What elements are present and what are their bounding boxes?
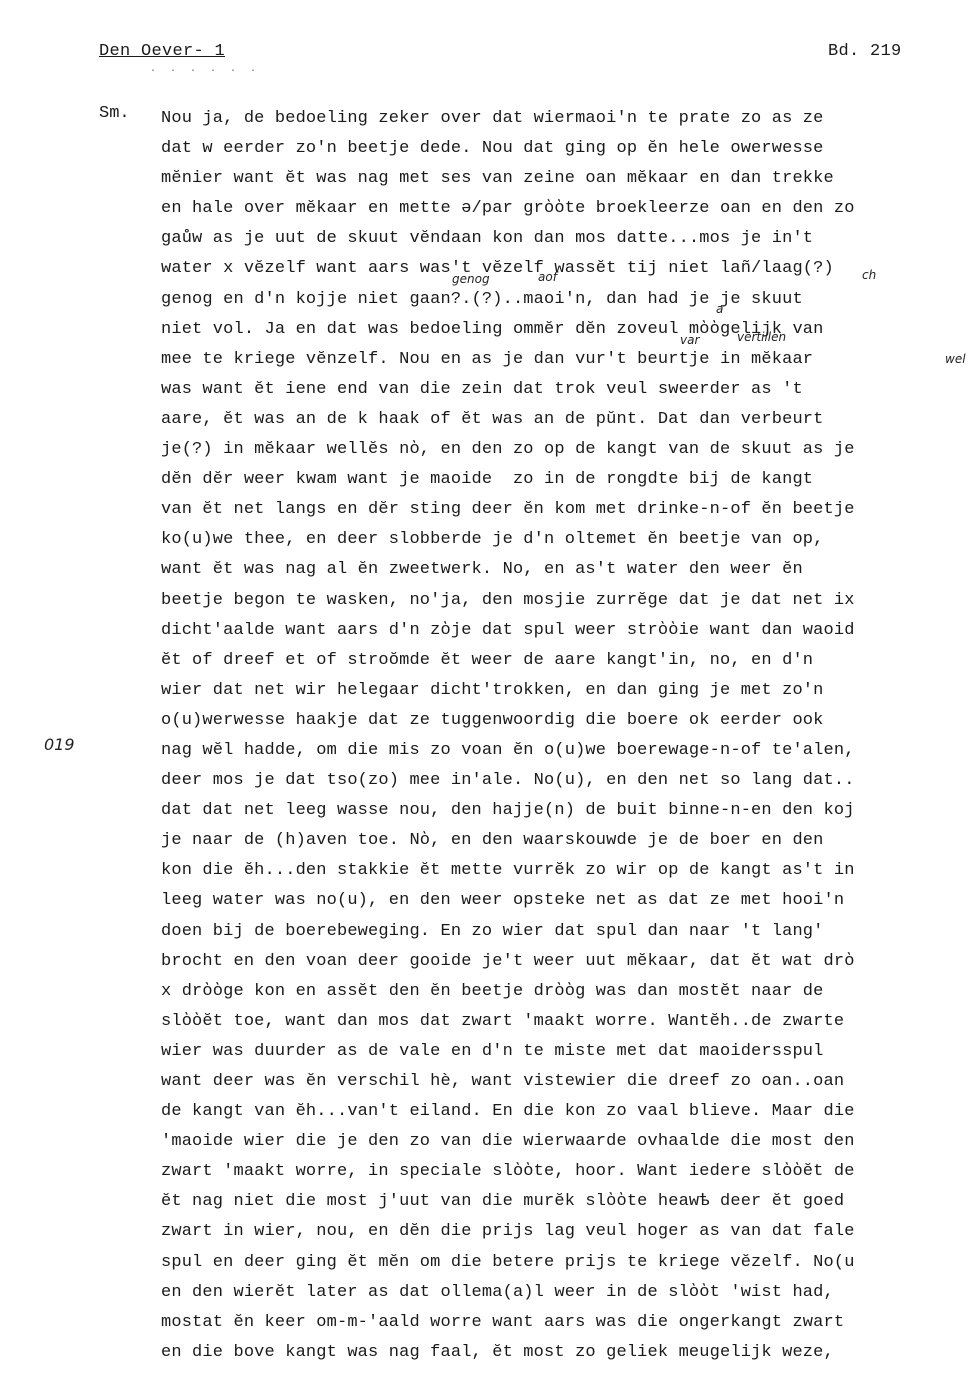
transcript-body: Nou ja, de bedoeling zeker over dat wier… [161, 104, 979, 1368]
document-location: Den Oever- 1 [99, 42, 225, 61]
transcript-line: genog en d'n kojje niet gaan?.(?)..maoi'… [161, 285, 979, 315]
transcript-line: slὸὸĕt toe, want dan mos dat zwart 'maak… [161, 1007, 979, 1037]
transcript-line: want ĕt was nag al ĕn zweetwerk. No, en … [161, 555, 979, 585]
transcript-line: mostat ĕn keer om-m-'aald worre want aar… [161, 1308, 979, 1338]
transcript-line: aare, ĕt was an de k haak of ĕt was an d… [161, 405, 979, 435]
transcript-line: de kangt van ĕh...van't eiland. En die k… [161, 1097, 979, 1127]
transcript-line: Nou ja, de bedoeling zeker over dat wier… [161, 104, 979, 134]
annotation-aof: aof [538, 270, 557, 284]
transcript-line: ĕt nag niet die most j'uut van die murĕk… [161, 1187, 979, 1217]
transcript-line: dat dat net leeg wasse nou, den hajje(n)… [161, 796, 979, 826]
header-dots: . . . . . . [150, 64, 260, 75]
transcript-line: dicht'aalde want aars d'n zὸje dat spul … [161, 616, 979, 646]
transcript-line: mee te kriege vĕnzelf. Nou en as je dan … [161, 345, 979, 375]
annotation-a: a [716, 302, 723, 316]
transcript-line: was want ĕt iene end van die zein dat tr… [161, 375, 979, 405]
transcript-line: spul en deer ging ĕt mĕn om die betere p… [161, 1248, 979, 1278]
annotation-var: var [680, 333, 699, 347]
transcript-line: kon die ĕh...den stakkie ĕt mette vurrĕk… [161, 856, 979, 886]
transcript-line: dĕn dĕr weer kwam want je maoide zo in d… [161, 465, 979, 495]
transcript-line: mĕnier want ĕt was nag met ses van zeine… [161, 164, 979, 194]
transcript-line: je(?) in mĕkaar wellĕs nὸ, en den zo op … [161, 435, 979, 465]
transcript-line: dat w eerder zo'n beetje dede. Nou dat g… [161, 134, 979, 164]
transcript-line: zwart 'maakt worre, in speciale slὸὸte, … [161, 1157, 979, 1187]
annotation-genog: genog [452, 272, 490, 286]
transcript-line: deer mos je dat tso(zo) mee in'ale. No(u… [161, 766, 979, 796]
transcript-line: zwart in wier, nou, en dĕn die prijs lag… [161, 1217, 979, 1247]
transcript-line: beetje begon te wasken, no'ja, den mosji… [161, 586, 979, 616]
transcript-line: van ĕt net langs en dĕr sting deer ĕn ko… [161, 495, 979, 525]
transcript-line: o(u)werwesse haakje dat ze tuggenwoordig… [161, 706, 979, 736]
transcript-line: x drὸὸge kon en assĕt den ĕn beetje drὸὸ… [161, 977, 979, 1007]
annotation-wel: wel [945, 352, 966, 366]
transcript-line: ko(u)we thee, en deer slobberde je d'n o… [161, 525, 979, 555]
transcript-line: brocht en den voan deer gooide je't weer… [161, 947, 979, 977]
transcript-line: en hale over mĕkaar en mette ə/par grὸὸt… [161, 194, 979, 224]
transcript-line: je naar de (h)aven toe. Nὸ, en den waars… [161, 826, 979, 856]
margin-note: 019 [44, 735, 75, 754]
transcript-line: ĕt of dreef et of stroŏmde ĕt weer de aa… [161, 646, 979, 676]
annotation-vertillen: vertillen [737, 330, 786, 344]
speaker-label: Sm. [99, 104, 130, 123]
transcript-line: water x vĕzelf want aars was't vĕzelf wa… [161, 254, 979, 284]
transcript-line: wier dat net wir helegaar dicht'trokken,… [161, 676, 979, 706]
transcript-line: wier was duurder as de vale en d'n te mi… [161, 1037, 979, 1067]
transcript-line: en den wierĕt later as dat ollema(a)l we… [161, 1278, 979, 1308]
transcript-line: doen bij de boerebeweging. En zo wier da… [161, 917, 979, 947]
transcript-line: leeg water was no(u), en den weer opstek… [161, 886, 979, 916]
page-reference: Bd. 219 [828, 42, 902, 61]
transcript-line: want deer was ĕn verschil hè, want viste… [161, 1067, 979, 1097]
transcript-line: niet vol. Ja en dat was bedoeling ommĕr … [161, 315, 979, 345]
annotation-ch: ch [862, 268, 876, 282]
transcript-line: 'maoide wier die je den zo van die wierw… [161, 1127, 979, 1157]
transcript-line: nag wĕl hadde, om die mis zo voan ĕn o(u… [161, 736, 979, 766]
transcript-line: en die bove kangt was nag faal, ĕt most … [161, 1338, 979, 1368]
transcript-line: gaůw as je uut de skuut vĕndaan kon dan … [161, 224, 979, 254]
